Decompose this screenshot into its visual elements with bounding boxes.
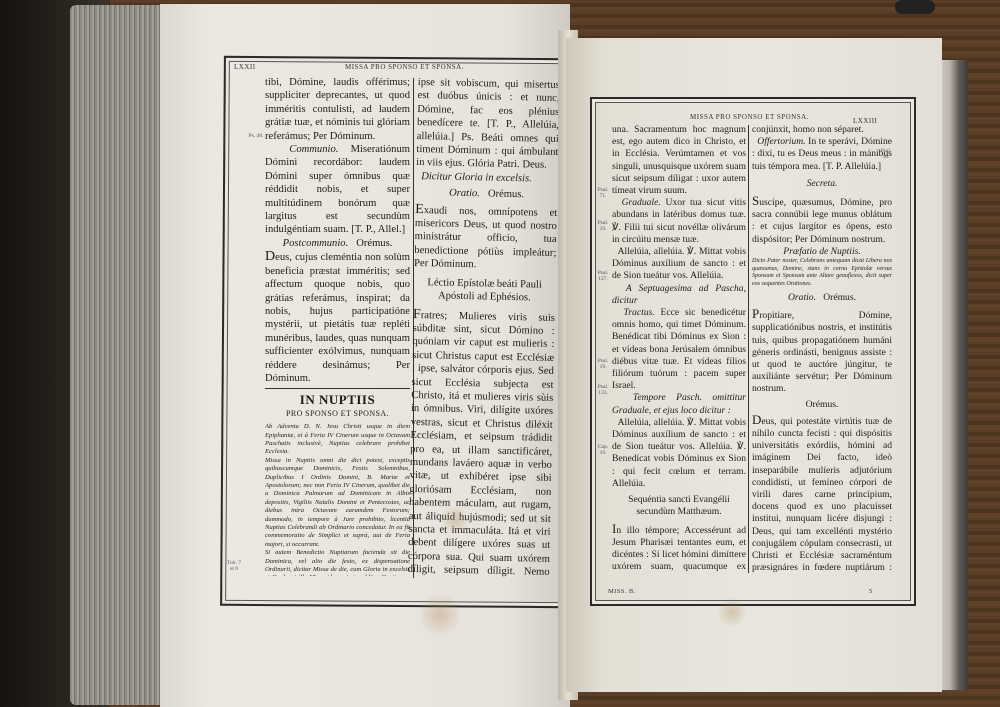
left-page-number: LXXII [234,63,256,71]
dicitur-text: Dicitur Gloria in excelsis. [421,171,532,184]
offertorium-label: Offertorium. [757,136,805,147]
lectio-title: Léctio Epístolæ beáti Pauli Apóstoli ad … [413,276,556,306]
deus-text: eus, qui potestáte virtútis tuæ de níhil… [752,416,892,574]
left-running-head: MISSA PRO SPONSO ET SPONSA. [345,63,464,71]
dropcap: D [265,249,275,264]
paper-stain [718,595,746,629]
rubric-text: Ab Adventu D. N. Jesu Christi usque in d… [265,423,410,457]
margin-note: Psal. 30. [878,148,894,160]
graduale-label: Graduale. [622,197,661,208]
oremus: Orémus. [488,189,524,201]
secreta-text: uscipe, quæsumus, Dómine, pro sacra conn… [752,197,892,245]
oratio-text: xaudi nos, omnípotens et misericors Deus… [414,205,557,271]
text-block: tibi, Dómine, laudis offérimus; supplici… [265,76,410,143]
rubric-text: Missa in Nuptiis omni die dici potest, e… [265,457,410,549]
right-running-head: MISSA PRO SPONSO ET SPONSA. [690,113,809,121]
paper-stain [440,505,470,535]
oremus: Orémus. [752,399,892,411]
tractus-text: Ecce sic benedicétur omnis homo, qui tim… [612,307,746,391]
footer-page-number: 5 [869,588,873,595]
sequentia-title: Sequéntia sancti Evangélii secundùm Matt… [612,494,746,518]
margin-note: Psal. 19. [595,358,611,370]
text-block: ipse sit vobiscum, qui misertus est duób… [416,76,560,173]
divider [265,388,410,389]
section-title: IN NUPTIIS [265,393,410,406]
paper-stain [420,590,460,640]
desk-object [895,0,935,14]
postcommunio-text: eus, cujus cleméntia non solùm beneficia… [265,252,410,384]
rubric-text: Dicto Pater noster, Celebrans antequam d… [752,258,892,288]
left-col1: tibi, Dómine, laudis offérimus; supplici… [265,76,410,576]
alleluia-text: Allelúia, allelúia. ℣. Mittat vobis Dómi… [612,246,746,281]
margin-note: Cap. 19. [595,444,611,456]
right-col2: conjúnxit, homo non séparet. Offertorium… [752,124,892,574]
praefatio-label: Præfatio de Nuptiis. [752,246,892,258]
secreta-label: Secreta. [752,178,892,190]
margin-note: Ps. 48. [248,133,264,139]
rubric-text: Si autem Benedictio Nuptiarum facienda s… [265,549,410,576]
postcommunio-label: Postcommunio. [283,238,349,249]
margin-note: Psal. 19. [595,220,611,232]
text-block: conjúnxit, homo non séparet. [752,124,892,136]
section-subtitle: PRO SPONSO ET SPONSA. [265,407,410,420]
margin-note: Psal. 127. [595,270,611,282]
footer-signature: MISS. B. [608,588,636,595]
gospel-text: n illo témpore; Accessérunt ad Jesum Pha… [612,525,746,575]
dropcap: E [415,202,424,217]
communio-label: Communio. [289,144,338,155]
oremus: Orémus. [823,292,856,303]
dropcap: D [752,412,761,427]
column-divider [748,125,749,573]
tractus-label: Tractus. [624,307,655,318]
oratio-label: Oratio. [449,188,480,200]
left-col2: ipse sit vobiscum, qui misertus est duób… [408,76,560,579]
right-col1: una. Sacramentum hoc magnum est, ego aut… [612,124,746,574]
septuagesima-rubric: A Septuagesima ad Pascha, dicitur [612,283,746,306]
oratio-text: ropitiare, Dómine, supplicatiónibus nost… [752,310,892,394]
book-cover-edge [938,60,968,690]
oremus: Orémus. [356,238,392,249]
text-block: una. Sacramentum hoc magnum est, ego aut… [612,124,746,197]
margin-note: Tob. 7 et 8 [226,560,242,572]
margin-note: Psal. 133. [595,384,611,396]
communio-text: Miseratiónum Dómini recordábor: laudem D… [265,144,410,235]
lectio-text: ratres; Mulieres viris suis súbditæ sint… [408,310,556,579]
oratio-label: Oratio. [788,292,816,303]
tempore-pasch-rubric: Tempore Pasch. omittitur Graduale, et ej… [612,392,746,415]
alleluia-text: Allelúia, allelúia. ℣. Mittat vobis Dómi… [612,417,746,489]
margin-note: Psal. 71. [595,187,611,199]
